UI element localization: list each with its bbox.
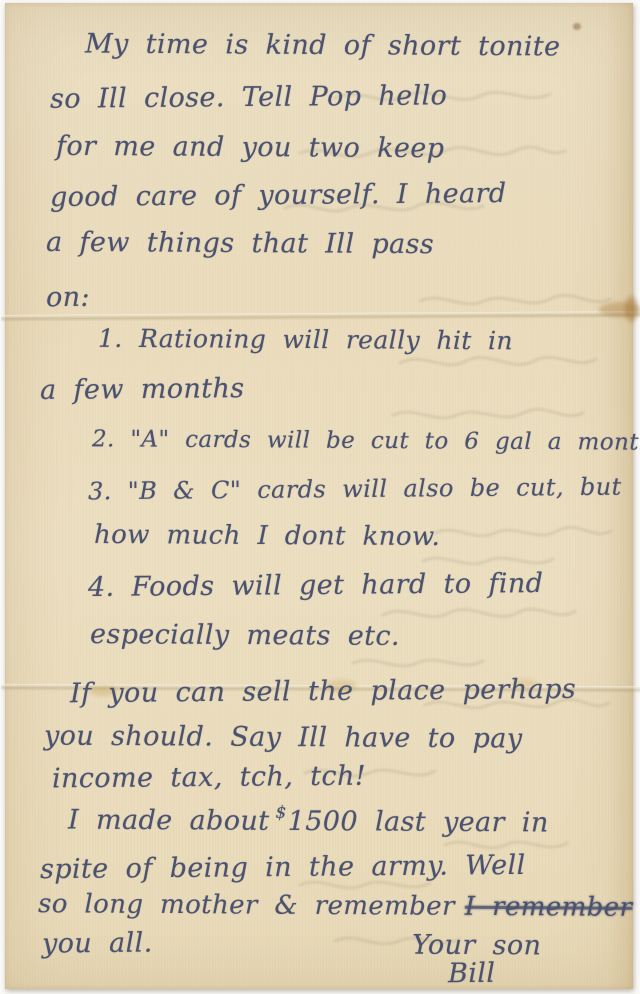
signature-closing: Your son <box>412 930 541 962</box>
age-stain <box>573 23 581 30</box>
letter-list-item-4: 4. Foods will get hard to find <box>88 568 544 603</box>
age-stain <box>625 296 638 322</box>
scan-background: { "document": { "type": "handwritten-let… <box>0 0 640 994</box>
line-text: last year in <box>358 806 549 838</box>
fold-crease-upper <box>1 311 640 322</box>
signature-name: Bill <box>448 958 496 989</box>
letter-line: you should. Say Ill have to pay <box>44 721 523 755</box>
letter-line: income tax, tch, tch! <box>52 761 366 795</box>
letter-line-income: I made about$1500 last year in <box>68 805 549 839</box>
letter-list-item-4-cont: especially meats etc. <box>90 619 400 652</box>
letter-list-item-1-cont: a few months <box>40 373 245 406</box>
superscript-dollar-sign: $ <box>275 804 286 824</box>
letter-line: good care of yourself. I heard <box>50 178 507 213</box>
letter-list-item-2: 2. "A" cards will be cut to 6 gal a mont… <box>92 426 640 456</box>
letter-line: spite of being in the army. Well <box>40 850 526 885</box>
letter-list-item-1: 1. Rationing will really hit in <box>98 325 513 356</box>
letter-line: on: <box>46 282 90 313</box>
scribbled-overwritten-words: I remember <box>465 892 633 923</box>
letter-list-item-3-cont: how much I dont know. <box>94 521 440 553</box>
line-text: I made about <box>68 805 270 837</box>
letter-line: for me and you two keep <box>56 131 445 164</box>
line-text: so long mother & remember <box>38 889 455 922</box>
letter-line: so Ill close. Tell Pop hello <box>50 80 448 115</box>
letter-list-item-3: 3. "B & C" cards will also be cut, but <box>88 474 622 506</box>
letter-line-farewell: so long mother & rememberI remember <box>38 890 633 924</box>
letter-line: My time is kind of short tonite <box>85 29 561 63</box>
amount-value: 1500 <box>288 806 359 837</box>
letter-line: If you can sell the place perhaps <box>70 674 576 709</box>
letter-line: a few things that Ill pass <box>46 227 434 260</box>
letter-line: you all. <box>42 928 153 960</box>
